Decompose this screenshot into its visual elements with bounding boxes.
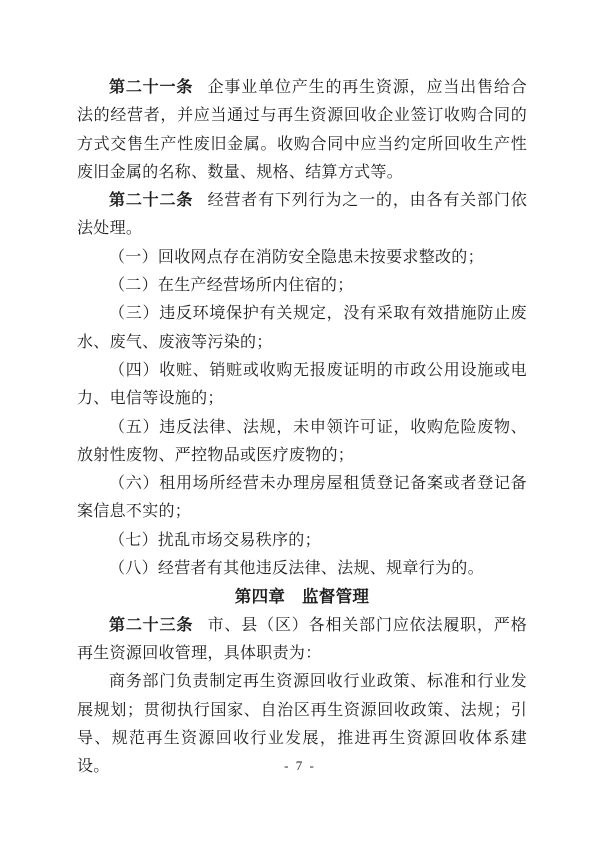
list-item: （四）收赃、销赃或收购无报废证明的市政公用设施或电力、电信等设施的； [77,357,527,414]
article-number: 第二十二条 [109,192,208,209]
chapter-heading: 第四章 监督管理 [77,583,527,611]
paragraph-text: （八）经营者有其他违反法律、法规、规章行为的。 [109,560,484,577]
paragraph-text: （六）租用场所经营未办理房屋租赁登记备案或者登记备案信息不实的； [77,475,527,520]
article-number: 第二十三条 [109,617,208,634]
article-paragraph: 第二十三条市、县（区）各相关部门应依法履职，严格再生资源回收管理，具体职责为： [77,612,527,669]
paragraph-text: （二）在生产经营场所内住宿的； [109,277,354,294]
list-item: （五）违反法律、法规，未申领许可证，收购危险废物、放射性废物、严控物品或医疗废物… [77,414,527,471]
article-paragraph: 第二十一条企事业单位产生的再生资源，应当出售给合法的经营者，并应当通过与再生资源… [77,74,527,187]
list-item: （七）扰乱市场交易秩序的； [77,527,527,555]
paragraph-text: （三）违反环境保护有关规定，没有采取有效措施防止废水、废气、废液等污染的； [77,305,527,350]
document-content: 第二十一条企事业单位产生的再生资源，应当出售给合法的经营者，并应当通过与再生资源… [77,74,527,781]
paragraph-text: （五）违反法律、法规，未申领许可证，收购危险废物、放射性废物、严控物品或医疗废物… [77,419,527,464]
list-item: （六）租用场所经营未办理房屋租赁登记备案或者登记备案信息不实的； [77,470,527,527]
paragraph-text: （四）收赃、销赃或收购无报废证明的市政公用设施或电力、电信等设施的； [77,362,527,407]
list-item: （八）经营者有其他违反法律、法规、规章行为的。 [77,555,527,583]
list-item: （一）回收网点存在消防安全隐患未按要求整改的； [77,244,527,272]
list-item: （二）在生产经营场所内住宿的； [77,272,527,300]
document-page: 第二十一条企事业单位产生的再生资源，应当出售给合法的经营者，并应当通过与再生资源… [0,0,600,848]
article-number: 第二十一条 [109,79,208,96]
article-paragraph: 第二十二条经营者有下列行为之一的，由各有关部门依法处理。 [77,187,527,244]
chapter-heading-text: 第四章 监督管理 [235,588,369,606]
paragraph-text: （一）回收网点存在消防安全隐患未按要求整改的； [109,249,484,266]
paragraph-text: （七）扰乱市场交易秩序的； [109,532,321,549]
list-item: （三）违反环境保护有关规定，没有采取有效措施防止废水、废气、废液等污染的； [77,300,527,357]
page-number: - 7 - [0,758,600,774]
